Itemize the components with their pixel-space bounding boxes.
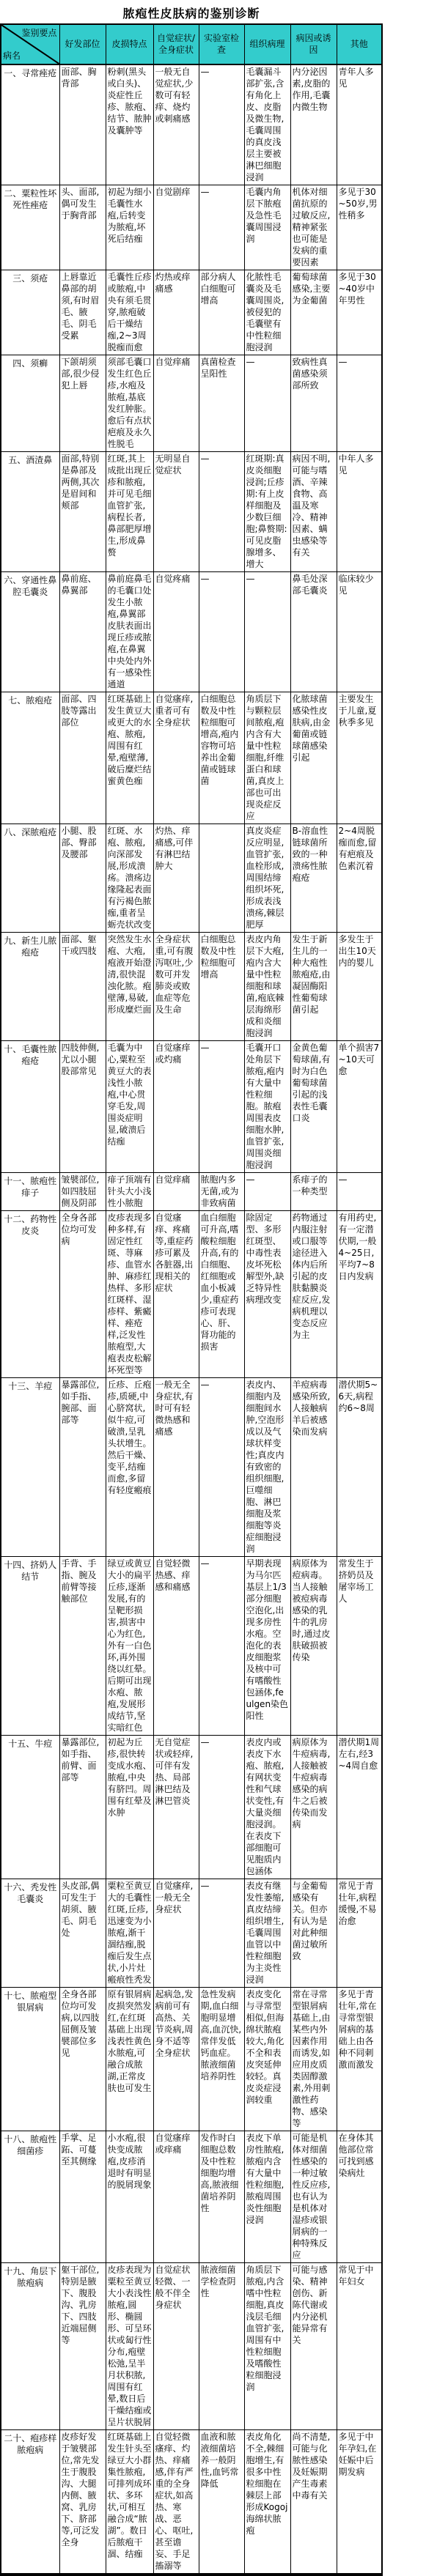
cell-lab: 白细胞总数及中性粒细胞可增高,疱内容物可培养出金葡菌或链球菌: [199, 692, 244, 824]
disease-name: 九、新生儿脓疱疮: [1, 933, 59, 1041]
cell-pathology: 毛囊漏斗部扩张,含有角化上皮、皮脂及微生物,毛囊周围的真皮浅层主要被淋巴细胞浸润: [244, 64, 290, 185]
cell-site: 手掌、足跖、可蔓至其侧缘: [59, 2131, 106, 2263]
cell-lesion: 突然发生水疱、大疱,疱液开始澄清,很快混浊化脓。疱壁薄,易破,形成糜烂面: [106, 933, 153, 1041]
cell-lab: 血液和脓液细菌培养一般阴性,血钙常降低: [199, 2430, 244, 2575]
cell-cause: 病原体为痘病毒。当人接触被痘病毒感染的乳牛的乳房时,通过皮肤破损被传染: [290, 1557, 337, 1736]
table-row: 十四、挤奶人结节手背、手指、腕及前臂等接触部位绿豆或黄豆大小的扁平丘疹,逐渐发展…: [1, 1557, 382, 1736]
cell-lesion: 初起为丘疹,很快转变成水疱、脓疱,中央有脐凹。周围有红晕及水肿: [106, 1736, 153, 1879]
cell-pathology: 角质层下与颗粒层间脓疱,疱内含有大量中性粒细胞,纤维蛋白和球菌,真皮上部也可出现…: [244, 692, 290, 824]
cell-site: 暴露部位,如手指、腕部、面部等: [59, 1378, 106, 1557]
cell-other: 主要发生于儿童,夏秋季多见: [337, 692, 382, 824]
cell-pathology: 毛囊开口处角层下脓疱,疱内有大量中性粒细胞。脓疱周围表皮细胞水肿,血管扩张,周围…: [244, 1041, 290, 1173]
cell-lesion: 绿豆或黄豆大小的扁平丘疹,逐渐发展,有的呈靶形损害,损害中心为红色,外有一白色环…: [106, 1557, 153, 1736]
cell-pathology: 除固定型、多形红斑型、中毒性表皮坏死松解型外,缺乏特异性病理改变: [244, 1211, 290, 1378]
cell-cause: 系痱子的一种类型: [290, 1173, 337, 1211]
cell-lesion: 丘疹、丘疱疹,质硬,中心脐窝状,似牛痘,可破溃,呈乳头状增生。然后干燥、变平,结…: [106, 1378, 153, 1557]
cell-cause: 机体对细菌抗原的过敏反应,精神紧张也可能是发病的重要因素: [290, 185, 337, 270]
cell-lab: —: [199, 452, 244, 572]
cell-pathology: 表皮下单房性脓疱,脓疱内含有大量中性粒细胞,脓疱周围炎性细胞浸润: [244, 2131, 290, 2263]
table-row: 十六、秃发性毛囊炎头皮部,偶可发生于胡须、腋毛、阴毛处粟粒至黄豆大的毛囊性红斑,…: [1, 1879, 382, 1988]
cell-pathology: 表皮角化不全,棘细胞增生,有很多中性粒细胞在棘层上部形成Kogoj海绵状脓疱: [244, 2430, 290, 2575]
document-body: 脓疱性皮肤病的鉴别诊断 鉴别要点 病名 好发部位 皮损特点: [0, 4, 383, 2576]
cell-other: 常见于中年妇女: [337, 2263, 382, 2430]
cell-cause: 药物通过内服注射或口服等途径进入体内后所引起的皮肤黏膜炎症反应,发病机理以变态反…: [290, 1211, 337, 1378]
cell-pathology: 表皮内、细胞内及细胞间水肿,空泡形成以及气球状样变性;真皮内有致密的组织细胞,巨…: [244, 1378, 290, 1557]
disease-name: 五、酒渣鼻: [1, 452, 59, 572]
cell-lesion: 痱子顶端有针头大小浅性小脓胞: [106, 1173, 153, 1211]
cell-other: 常见于青壮年,病程缓慢,不易治愈: [337, 1879, 382, 1988]
table-row: 一、寻常痤疮面部、胸背部粉刺(黑头或白头)、炎症性丘疹、脓疱、结节、脓肿及囊肿等…: [1, 64, 382, 185]
table-row: 三、须疮上唇靠近鼻部的胡须,有时眉毛、腋毛、阴毛受累毛囊性丘疹或脓疱,中央有须毛…: [1, 270, 382, 355]
cell-symptoms: 自觉瘙痒,重者可有全身症状: [153, 692, 199, 824]
cell-lab: 脓胞内多无菌,或为非致病菌: [199, 1173, 244, 1211]
header-row: 鉴别要点 病名 好发部位 皮损特点 自觉症状/全身症状 实验室检查 组织病理 病…: [1, 24, 382, 64]
cell-lesion: 粉刺(黑头或白头)、炎症性丘疹、脓疱、结节、脓肿及囊肿等: [106, 64, 153, 185]
cell-symptoms: 无明显自觉症状: [153, 452, 199, 572]
disease-name: 十、毛囊性脓疱疮: [1, 1041, 59, 1173]
cell-cause: 可能与感染、精神创伤、新陈代谢或内分泌机能异常有关: [290, 2263, 337, 2430]
cell-lab: 部分病人白细胞可增高: [199, 270, 244, 355]
cell-site: 头、面部,偶可发生于胸背部: [59, 185, 106, 270]
disease-name: 十九、角层下脓疱病: [1, 2263, 59, 2430]
cell-other: —: [337, 355, 382, 452]
column-header-other: 其他: [337, 24, 382, 64]
cell-symptoms: 自觉痒痛: [153, 355, 199, 452]
disease-name: 十八、脓疱性细菌疹: [1, 2131, 59, 2263]
cell-other: 潜伏期1周左右,经3~4周自愈: [337, 1736, 382, 1879]
cell-cause: 可能是机体对细菌性感染的一种过敏性反应疹,也有认为是机体对湿疹或银屑病的一种特殊…: [290, 2131, 337, 2263]
cell-pathology: 真皮炎症反应明显,血管扩张,血栓形成,周围结缔组织坏死,形成表浅溃疡,棘层肥厚: [244, 824, 290, 933]
cell-symptoms: 一般无全身症状,有时可有轻微热感和痛感: [153, 1378, 199, 1557]
cell-site: 全身各部位均可发病: [59, 1211, 106, 1378]
cell-other: 中年人多见: [337, 452, 382, 572]
cell-symptoms: 无自觉症状或轻痒,可伴有发热、局部淋巴结及淋巴管炎: [153, 1736, 199, 1879]
table-row: 六、穿通性鼻腔毛囊炎鼻前庭、鼻翼部鼻前庭鼻毛的毛囊口处发生小脓疱,鼻翼部皮肤表面…: [1, 572, 382, 692]
cell-other: 多见于30~40岁中年男性: [337, 270, 382, 355]
cell-symptoms: 灼热、痒痛感,可伴有淋巴结肿大: [153, 824, 199, 933]
cell-lab: 发作时白细胞总数及中性粒细胞均增高,脓液细菌培养阴性: [199, 2131, 244, 2263]
disease-name: 十三、羊痘: [1, 1378, 59, 1557]
cell-site: 四肢伸侧,尤以小腿股部常见: [59, 1041, 106, 1173]
diagnosis-table: 鉴别要点 病名 好发部位 皮损特点 自觉症状/全身症状 实验室检查 组织病理 病…: [0, 23, 383, 2576]
cell-symptoms: 自觉瘙痒或灼痛: [153, 1041, 199, 1173]
cell-pathology: 表皮内角层下大疱,疱内含大量中性粒细胞和球菌,疱底棘层海绵形成和炎细胞浸润: [244, 933, 290, 1041]
cell-cause: 病因不明,可能与嗜酒、辛辣食物、高温及寒冷、精神因素、螨虫感染等有关: [290, 452, 337, 572]
table-row: 十三、羊痘暴露部位,如手指、腕部、面部等丘疹、丘疱疹,质硬,中心脐窝状,似牛痘,…: [1, 1378, 382, 1557]
cell-cause: 与金葡萄感染有关。但亦有认为是对此种细菌过敏所致: [290, 1879, 337, 1988]
table-body: 一、寻常痤疮面部、胸背部粉刺(黑头或白头)、炎症性丘疹、脓疱、结节、脓肿及囊肿等…: [1, 64, 382, 2575]
cell-site: 皮疹好发于皱襞部位,常先发生于腹股沟、大腿内侧、腋窝、乳房下、脐部等,可泛发全身: [59, 2430, 106, 2575]
cell-lab: 急性发病期,血白细胞明显增高,血沉快,常伴发低钙血症。脓液细菌培养阴性: [199, 1988, 244, 2131]
table-row: 四、须癣下颌胡须部,很少侵犯上唇须部毛囊口发生红色丘疹,水疱及脓疱,基底发红肿胀…: [1, 355, 382, 452]
cell-lab: —: [199, 572, 244, 692]
corner-cell: 鉴别要点 病名: [1, 24, 59, 64]
table-row: 十九、角层下脓疱病躯干部位,特别是腋下、腹股沟、乳房下、四肢近端屈侧等皮疹表现为…: [1, 2263, 382, 2430]
cell-site: 全身各部位均可发病,以四肢屈侧及皱襞部位多见: [59, 1988, 106, 2131]
disease-name: 一、寻常痤疮: [1, 64, 59, 185]
table-row: 七、脓疱疮面部、四肢等露出部位红斑基础上发生黄豆大或更大的水疱、脓疱,周围有红晕…: [1, 692, 382, 824]
cell-pathology: —: [244, 1173, 290, 1211]
cell-lesion: 鼻前庭鼻毛的毛囊口处发生小脓疱,鼻翼部皮肤表面出现丘疹或脓疱,在鼻翼中央处内外有…: [106, 572, 153, 692]
cell-other: 常发生于挤奶员及屠宰场工人: [337, 1557, 382, 1736]
cell-lesion: 红斑,其上成批出现丘疹和脓疱,并可见毛细血管扩张,病程长者,鼻部肥厚增生,形成鼻…: [106, 452, 153, 572]
table-row: 五、酒渣鼻面部,特别是鼻部及两侧,其次是眉间和颊部红斑,其上成批出现丘疹和脓疱,…: [1, 452, 382, 572]
cell-symptoms: 自觉疼痛: [153, 572, 199, 692]
cell-site: 暴露部位,如手指、前臂、面部等: [59, 1736, 106, 1879]
cell-cause: 羊痘病毒感染所致,人接触病羊后被感染而发病: [290, 1378, 337, 1557]
cell-cause: 尚不清楚,可能与化脓性感染及妊娠期产生毒素中毒有关: [290, 2430, 337, 2575]
cell-lesion: 小水疱,很快变成脓疱,皮疹消退时有明显的脱屑现象: [106, 2131, 153, 2263]
column-header-pathology: 组织病理: [244, 24, 290, 64]
cell-symptoms: 自觉轻微瘙痒、灼热、痒痛感,伴有严重的全身症状,如高热、寒战、恶心、呕吐,甚至谵…: [153, 2430, 199, 2575]
cell-symptoms: 全身症状重,可有腹泻呕吐,少数可并发肺炎或败血症等危及生命: [153, 933, 199, 1041]
cell-cause: 发生于新生儿的一种大疱性脓疱疮,由凝固酶阳性葡萄球菌引起: [290, 933, 337, 1041]
cell-lab: —: [199, 1041, 244, 1173]
cell-pathology: 表皮变化与寻常型相似,但海绵状脓疱较大,角化不全和表皮突延伸较轻。真皮炎症浸润较…: [244, 1988, 290, 2131]
column-header-lesion: 皮损特点: [106, 24, 153, 64]
column-header-lab: 实验室检查: [199, 24, 244, 64]
cell-symptoms: 自觉瘙痒或痒痛: [153, 2131, 199, 2263]
column-header-site: 好发部位: [59, 24, 106, 64]
cell-symptoms: 自觉痒痛: [153, 1173, 199, 1211]
cell-cause: 鼻毛处深部毛囊炎: [290, 572, 337, 692]
cell-lab: 血白细胞可升高,嗜酸粒细胞升高,有的白细胞、红细胞或血小板减少,重症药疹可表现心…: [199, 1211, 244, 1378]
table-row: 十八、脓疱性细菌疹手掌、足跖、可蔓至其侧缘小水疱,很快变成脓疱,皮疹消退时有明显…: [1, 2131, 382, 2263]
cell-symptoms: 一般无自觉症状,少数可有轻痒、烧灼或刺痛感: [153, 64, 199, 185]
cell-lesion: 原有银屑病皮损突然发红,在红斑基础上出现浅表性黄色水脓疱,可融合成脓湖,正常皮肤…: [106, 1988, 153, 2131]
corner-top-label: 鉴别要点: [21, 27, 56, 39]
cell-other: 青年人多见: [337, 64, 382, 185]
cell-lab: 脓液细菌学检查阴性: [199, 2263, 244, 2430]
cell-lesion: 皮疹表现多种多样,有固定性红斑、荨麻疹、血管水肿、麻疹红热样、多形红斑样、湿疹样…: [106, 1211, 153, 1378]
disease-name: 七、脓疱疮: [1, 692, 59, 824]
cell-lesion: 粟粒至黄豆大的毛囊性红斑,丘疹,迅速变为小脓疱,渐干涸结痂,脱痂后发生点状,小片…: [106, 1879, 153, 1988]
table-header: 鉴别要点 病名 好发部位 皮损特点 自觉症状/全身症状 实验室检查 组织病理 病…: [1, 24, 382, 64]
disease-name: 十六、秃发性毛囊炎: [1, 1879, 59, 1988]
cell-other: 单个损害7~10天可愈: [337, 1041, 382, 1173]
disease-name: 三、须疮: [1, 270, 59, 355]
cell-pathology: —: [244, 572, 290, 692]
cell-lesion: 红斑基础上发生黄豆大或更大的水疱、脓疱,周围有红晕,疱壁薄,破后糜烂结蜜黄色痂: [106, 692, 153, 824]
cell-lesion: 红斑、水疱、脓疱,向深部发展,形成溃疡。溃疡边缘隆起表面有污褐色脓痂,重者呈蛎壳…: [106, 824, 153, 933]
cell-site: 小腿、股部、臀部及腰部: [59, 824, 106, 933]
table-row: 二、粟粒性坏死性痤疮头、面部,偶可发生于胸背部初起为细小毛囊性水疱,后转变为脓疱…: [1, 185, 382, 270]
disease-name: 八、深脓疱疮: [1, 824, 59, 933]
cell-other: 2~4周脱痂而愈,留有疤痕及色素沉着: [337, 824, 382, 933]
cell-symptoms: 自觉瘙痒、疼痛等,重症药疹可累及各脏器,出现相关的症状: [153, 1211, 199, 1378]
cell-pathology: 早期表现为马尔匹基层上1/3部分细胞空泡化,出现多房性水疱。空泡化的表皮细胞浆及…: [244, 1557, 290, 1736]
cell-lab: —: [199, 1879, 244, 1988]
disease-name: 六、穿通性鼻腔毛囊炎: [1, 572, 59, 692]
cell-lab: 白细胞总数及中性粒细胞可增高: [199, 933, 244, 1041]
disease-name: 十四、挤奶人结节: [1, 1557, 59, 1736]
cell-cause: 金黄色葡萄球菌,有时为白色葡萄球菌引起的浅表性毛囊口炎: [290, 1041, 337, 1173]
cell-symptoms: 自觉症状轻微、一般不伴全身症状: [153, 2263, 199, 2430]
cell-other: —: [337, 1173, 382, 1211]
cell-symptoms: 自觉轻微热感、痒感和痛感: [153, 1557, 199, 1736]
cell-symptoms: 起病急,发病前可有高热、关节炎病,周身不适等全身症状: [153, 1988, 199, 2131]
table-row: 十、毛囊性脓疱疮四肢伸侧,尤以小腿股部常见毛囊为中心,粟粒至黄豆大的表浅性小脓疱…: [1, 1041, 382, 1173]
cell-lab: —: [199, 185, 244, 270]
cell-symptoms: 灼热或痒痛感: [153, 270, 199, 355]
cell-other: 多见于青壮年,常在寻常型银屑病的基础上由各种不同刺激而激发: [337, 1988, 382, 2131]
cell-site: 躯干部位,特别是腋下、腹股沟、乳房下、四肢近端屈侧等: [59, 2263, 106, 2430]
cell-cause: B-溶血性链球菌所致的一种溃疡性脓疱疮: [290, 824, 337, 933]
cell-site: 手背、手指、腕及前臂等接触部位: [59, 1557, 106, 1736]
cell-cause: 化脓球菌感染性皮肤病,由金葡菌或链球菌感染引起: [290, 692, 337, 824]
cell-lesion: 红斑基础上发生针头至绿豆大小群集性脓疱,可排列成环状、多环状,可相互融合成“脓湖…: [106, 2430, 153, 2575]
cell-pathology: 表皮内或表皮下水疱、脓疱,有网状变性和气球状变性,有大量炎细胞浸润。在表皮下部细…: [244, 1736, 290, 1879]
cell-pathology: 毛囊内角层下脓疱及急性毛囊周围浸润: [244, 185, 290, 270]
cell-other: 临床较少见: [337, 572, 382, 692]
cell-lab: —: [199, 1378, 244, 1557]
cell-lab: —: [199, 1557, 244, 1736]
disease-name: 十二、药物性皮炎: [1, 1211, 59, 1378]
cell-other: 有用药史,有一定潜伏期,一般4~25日,平均7~8日内发病: [337, 1211, 382, 1378]
table-row: 十七、脓疱型银屑病全身各部位均可发病,以四肢屈侧及皱襞部位多见原有银屑病皮损突然…: [1, 1988, 382, 2131]
disease-name: 十七、脓疱型银屑病: [1, 1988, 59, 2131]
cell-cause: 致病性真菌感染须部所致: [290, 355, 337, 452]
cell-lab: 真菌检查呈阳性: [199, 355, 244, 452]
table-row: 二十、疱疹样脓疱病皮疹好发于皱襞部位,常先发生于腹股沟、大腿内侧、腋窝、乳房下、…: [1, 2430, 382, 2575]
cell-lesion: 毛囊为中心,粟粒至黄豆大的表浅性小脓疱,中心贯穿毛发,周围炎症明显,破溃后结痂: [106, 1041, 153, 1173]
cell-other: 多发生于出生10天内的婴儿: [337, 933, 382, 1041]
cell-site: 皱襞部位,如四肢屈侧及阴部: [59, 1173, 106, 1211]
cell-site: 头皮部,偶可发生于胡须、腋毛、阴毛处: [59, 1879, 106, 1988]
disease-name: 四、须癣: [1, 355, 59, 452]
disease-name: 二、粟粒性坏死性痤疮: [1, 185, 59, 270]
cell-other: 多见于中年孕妇,在妊娠中后期发病: [337, 2430, 382, 2575]
table-row: 十二、药物性皮炎全身各部位均可发病皮疹表现多种多样,有固定性红斑、荨麻疹、血管水…: [1, 1211, 382, 1378]
cell-site: 面部,特别是鼻部及两侧,其次是眉间和颊部: [59, 452, 106, 572]
cell-pathology: 化脓性毛囊炎及毛囊周围炎,被侵犯的毛囊壁有中性粒细胞浸润: [244, 270, 290, 355]
table-row: 十一、脓疱性痱子皱襞部位,如四肢屈侧及阴部痱子顶端有针头大小浅性小脓胞自觉痒痛脓…: [1, 1173, 382, 1211]
cell-cause: 葡萄球菌感染,主要为金葡菌: [290, 270, 337, 355]
cell-symptoms: 自觉瘙痒,一般无全身症状: [153, 1879, 199, 1988]
cell-site: 面部、四肢等露出部位: [59, 692, 106, 824]
corner-bottom-label: 病名: [3, 50, 21, 62]
column-header-cause: 病因或诱因: [290, 24, 337, 64]
cell-pathology: —: [244, 355, 290, 452]
cell-pathology: 角质层下脓疱,内含嗜中性粒细胞,真皮浅层毛细血管扩张,周围有中性粒细胞及嗜酸性粒…: [244, 2263, 290, 2430]
cell-lesion: 须部毛囊口发生红色丘疹,水疱及脓疱,基底发红肿胀。愈后有点状疤痕及永久性脱毛: [106, 355, 153, 452]
cell-site: 鼻前庭、鼻翼部: [59, 572, 106, 692]
cell-pathology: 红斑期:真皮炎细胞浸润;丘疹期:有上皮样细胞及少数巨细胞;鼻赘期:可见皮脂腺增多…: [244, 452, 290, 572]
column-header-symptoms: 自觉症状/全身症状: [153, 24, 199, 64]
cell-lab: —: [199, 64, 244, 185]
cell-site: 上唇靠近鼻部的胡须,有时眉毛、腋毛、阴毛受累: [59, 270, 106, 355]
cell-site: 下颌胡须部,很少侵犯上唇: [59, 355, 106, 452]
cell-other: 多见于30~50岁,男性稍多: [337, 185, 382, 270]
cell-lesion: 毛囊性丘疹或脓疱,中央有须毛贯穿,脓疱破后干燥结痂,2~3周脱痂而愈: [106, 270, 153, 355]
cell-pathology: 表皮有继发性萎缩,真皮结缔组织增生,毛囊周围血管以中性粒细胞为主炎性浸润: [244, 1879, 290, 1988]
disease-name: 十一、脓疱性痱子: [1, 1173, 59, 1211]
cell-lesion: 初起为细小毛囊性水疱,后转变为脓疱,坏死后结痂: [106, 185, 153, 270]
cell-lab: [199, 824, 244, 933]
disease-name: 二十、疱疹样脓疱病: [1, 2430, 59, 2575]
disease-name: 十五、牛痘: [1, 1736, 59, 1879]
table-row: 九、新生儿脓疱疮面部、躯干或四肢突然发生水疱、大疱,疱液开始澄清,很快混浊化脓。…: [1, 933, 382, 1041]
page-title: 脓疱性皮肤病的鉴别诊断: [0, 4, 383, 21]
cell-cause: 病原体为牛痘病毒,人接触被牛痘病毒感染的病牛之后被传染而发病: [290, 1736, 337, 1879]
table-row: 八、深脓疱疮小腿、股部、臀部及腰部红斑、水疱、脓疱,向深部发展,形成溃疡。溃疡边…: [1, 824, 382, 933]
cell-symptoms: 自觉剧痒: [153, 185, 199, 270]
table-row: 十五、牛痘暴露部位,如手指、前臂、面部等初起为丘疹,很快转变成水疱、脓疱,中央有…: [1, 1736, 382, 1879]
cell-lesion: 皮疹表现为粟粒至黄豆大小表浅性脓疱,圆形、椭圆形、可呈环状或匐行性分布,疱壁松弛…: [106, 2263, 153, 2430]
cell-lab: —: [199, 1736, 244, 1879]
cell-site: 面部、躯干或四肢: [59, 933, 106, 1041]
cell-cause: 内分泌因素,皮脂的作用,毛囊内微生物: [290, 64, 337, 185]
page: 脓疱性皮肤病的鉴别诊断 鉴别要点 病名 好发部位 皮损特点: [0, 4, 437, 2576]
cell-other: 潜伏期5~6天,病程约6~8周: [337, 1378, 382, 1557]
cell-site: 面部、胸背部: [59, 64, 106, 185]
cell-cause: 常在寻常型银屑病基础上,由某些内外因素作用而诱发,如应用皮质类固醇激素,外用刺激…: [290, 1988, 337, 2131]
cell-other: 在身体其他部位常可找到感染病灶: [337, 2131, 382, 2263]
